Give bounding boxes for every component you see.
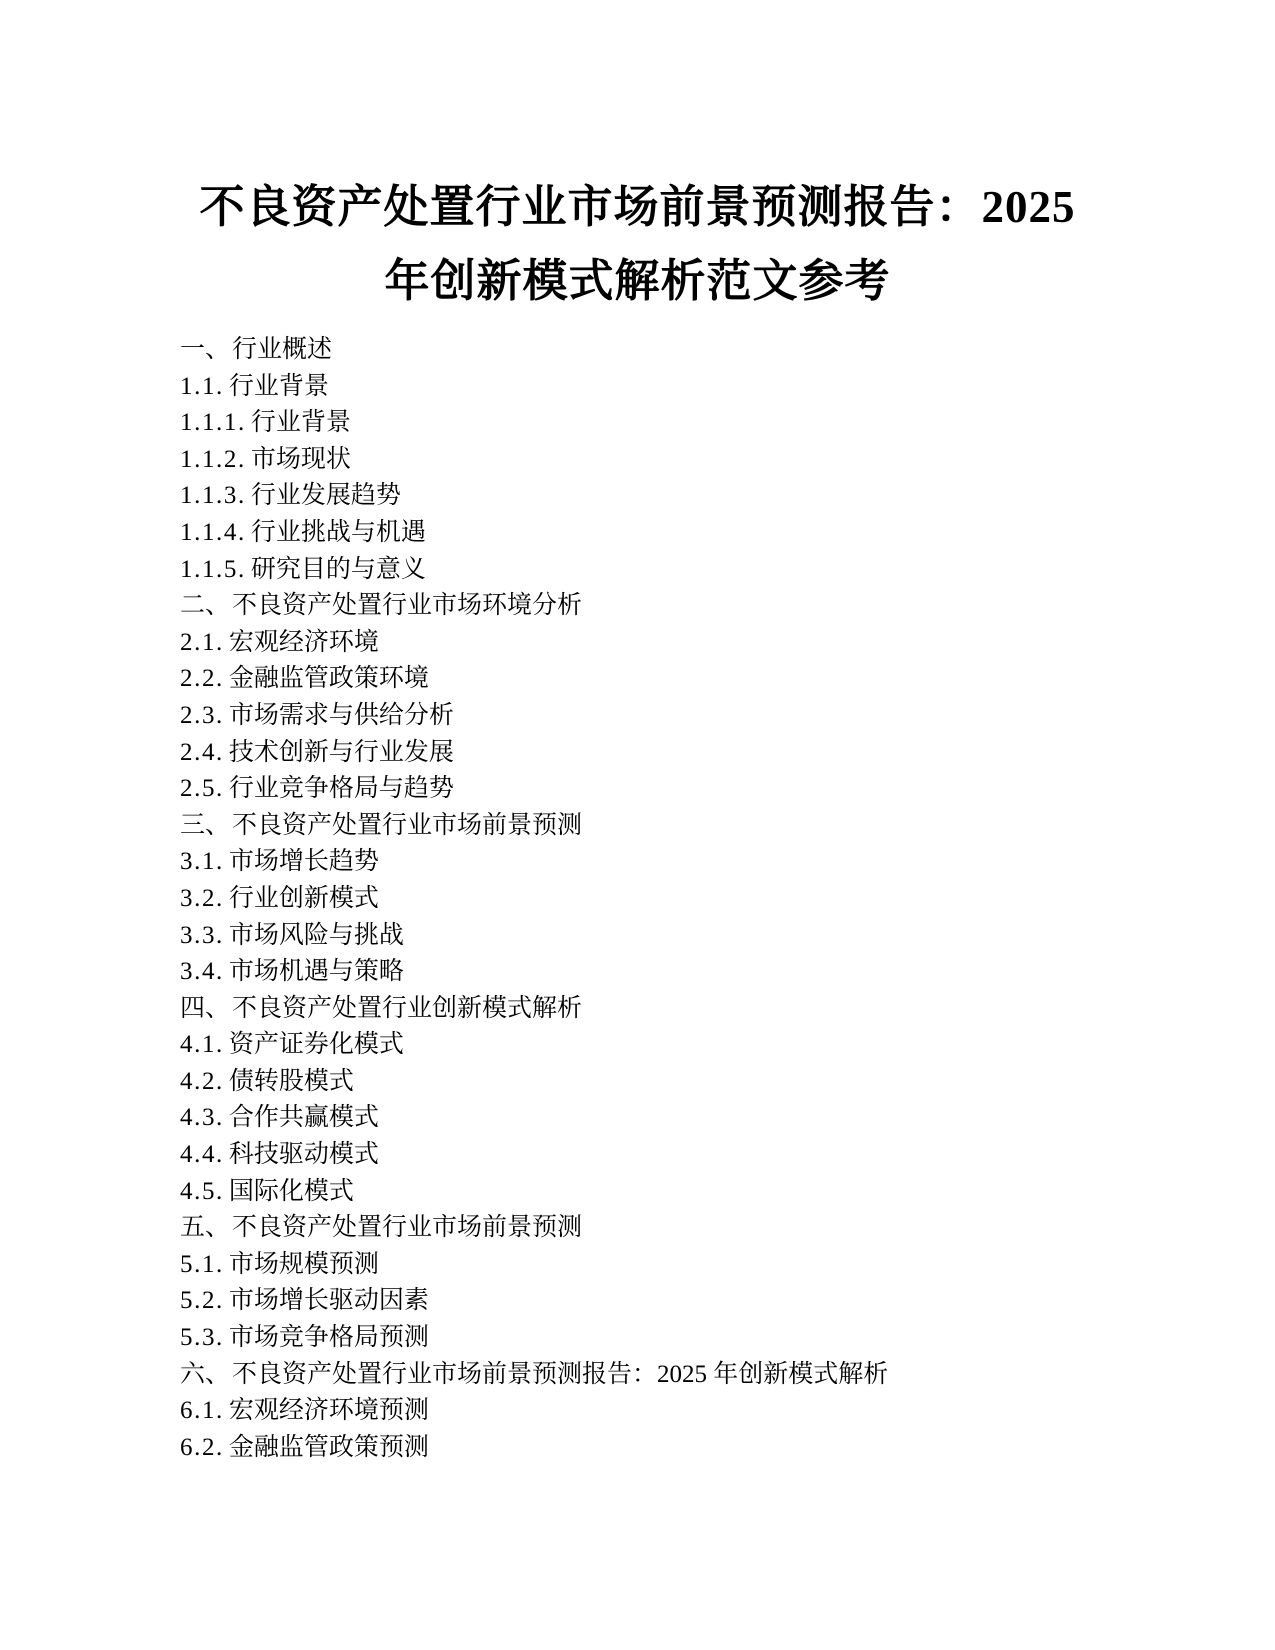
toc-item-number: 四、 xyxy=(180,991,230,1028)
toc-item-number: 一、 xyxy=(180,332,230,369)
toc-item: 1.1.5.研究目的与意义 xyxy=(180,552,1275,589)
page-title-line-2: 年创新模式解析范文参考 xyxy=(108,244,1168,318)
toc-item-label: 行业背景 xyxy=(251,409,351,436)
toc-item: 3.3.市场风险与挑战 xyxy=(180,918,1275,955)
toc-item-number: 三、 xyxy=(180,808,230,845)
toc-item: 1.1.1.行业背景 xyxy=(180,405,1275,442)
toc-item-number: 2.2. xyxy=(180,661,224,698)
toc-item: 6.2.金融监管政策预测 xyxy=(180,1430,1275,1467)
toc-item: 二、不良资产处置行业市场环境分析 xyxy=(180,588,1275,625)
toc-item: 3.1.市场增长趋势 xyxy=(180,844,1275,881)
toc-item-number: 二、 xyxy=(180,588,230,625)
toc-item: 4.4.科技驱动模式 xyxy=(180,1137,1275,1174)
toc-item-label: 市场现状 xyxy=(251,446,351,473)
toc-item: 1.1.行业背景 xyxy=(180,369,1275,406)
toc-item: 一、行业概述 xyxy=(180,332,1275,369)
toc-item-label: 市场竞争格局预测 xyxy=(229,1324,429,1351)
toc-item-number: 2.5. xyxy=(180,771,224,808)
toc-item-number: 5.2. xyxy=(180,1283,224,1320)
page-title: 不良资产处置行业市场前景预测报告：2025 年创新模式解析范文参考 xyxy=(108,170,1168,318)
document-page: 不良资产处置行业市场前景预测报告：2025 年创新模式解析范文参考 一、行业概述… xyxy=(0,0,1275,1650)
toc-item-number: 4.1. xyxy=(180,1027,224,1064)
toc-item-label: 研究目的与意义 xyxy=(251,556,426,583)
toc-item-label: 市场需求与供给分析 xyxy=(229,702,454,729)
toc-item-number: 4.3. xyxy=(180,1100,224,1137)
toc-item-label: 国际化模式 xyxy=(229,1178,354,1205)
toc-item: 2.2.金融监管政策环境 xyxy=(180,661,1275,698)
toc-item-label: 行业竞争格局与趋势 xyxy=(229,775,454,802)
toc-item-label: 不良资产处置行业市场前景预测 xyxy=(232,812,582,839)
toc-item-number: 3.4. xyxy=(180,954,224,991)
toc-item-label: 科技驱动模式 xyxy=(229,1141,379,1168)
toc-item-number: 1.1. xyxy=(180,369,224,406)
toc-item-label: 行业创新模式 xyxy=(229,885,379,912)
toc-item-label: 不良资产处置行业市场前景预测 xyxy=(232,1214,582,1241)
toc-item-number: 1.1.5. xyxy=(180,552,246,589)
toc-item-label: 市场增长驱动因素 xyxy=(229,1287,429,1314)
toc-item-number: 1.1.1. xyxy=(180,405,246,442)
toc-item-number: 1.1.3. xyxy=(180,478,246,515)
toc-item-label: 债转股模式 xyxy=(229,1068,354,1095)
toc-item: 三、不良资产处置行业市场前景预测 xyxy=(180,808,1275,845)
toc-item: 1.1.3.行业发展趋势 xyxy=(180,478,1275,515)
toc-item: 3.4.市场机遇与策略 xyxy=(180,954,1275,991)
toc-item: 5.2.市场增长驱动因素 xyxy=(180,1283,1275,1320)
toc-item: 3.2.行业创新模式 xyxy=(180,881,1275,918)
toc-item-label: 金融监管政策环境 xyxy=(229,665,429,692)
toc-item-label: 行业背景 xyxy=(229,373,329,400)
toc-item: 四、不良资产处置行业创新模式解析 xyxy=(180,991,1275,1028)
toc-item-label: 宏观经济环境 xyxy=(229,629,379,656)
toc-item-number: 6.1. xyxy=(180,1393,224,1430)
toc-item-label: 市场机遇与策略 xyxy=(229,958,404,985)
toc-item-number: 3.3. xyxy=(180,918,224,955)
toc-item: 1.1.2.市场现状 xyxy=(180,442,1275,479)
toc-list: 一、行业概述 1.1.行业背景 1.1.1.行业背景 1.1.2.市场现状 1.… xyxy=(0,332,1275,1466)
toc-item-number: 2.3. xyxy=(180,698,224,735)
toc-item-number: 5.3. xyxy=(180,1320,224,1357)
toc-item: 4.3.合作共赢模式 xyxy=(180,1100,1275,1137)
toc-item-label: 市场增长趋势 xyxy=(229,848,379,875)
toc-item-label: 不良资产处置行业市场环境分析 xyxy=(232,592,582,619)
toc-item-label: 行业概述 xyxy=(232,336,332,363)
toc-item-label: 金融监管政策预测 xyxy=(229,1434,429,1461)
toc-item-label: 合作共赢模式 xyxy=(229,1104,379,1131)
toc-item-number: 六、 xyxy=(180,1357,230,1394)
toc-item-number: 4.5. xyxy=(180,1174,224,1211)
toc-item: 2.3.市场需求与供给分析 xyxy=(180,698,1275,735)
toc-item-number: 5.1. xyxy=(180,1247,224,1284)
toc-item: 1.1.4.行业挑战与机遇 xyxy=(180,515,1275,552)
toc-item-number: 五、 xyxy=(180,1210,230,1247)
toc-item-number: 4.2. xyxy=(180,1064,224,1101)
toc-item-number: 3.1. xyxy=(180,844,224,881)
page-title-line-1: 不良资产处置行业市场前景预测报告：2025 xyxy=(108,170,1168,244)
toc-item: 2.5.行业竞争格局与趋势 xyxy=(180,771,1275,808)
toc-item-number: 4.4. xyxy=(180,1137,224,1174)
toc-item-label: 资产证券化模式 xyxy=(229,1031,404,1058)
toc-item-label: 宏观经济环境预测 xyxy=(229,1397,429,1424)
toc-item-label: 行业挑战与机遇 xyxy=(251,519,426,546)
toc-item-number: 1.1.2. xyxy=(180,442,246,479)
toc-item: 2.1.宏观经济环境 xyxy=(180,625,1275,662)
toc-item-number: 2.4. xyxy=(180,735,224,772)
toc-item: 4.1.资产证券化模式 xyxy=(180,1027,1275,1064)
toc-item-label: 不良资产处置行业创新模式解析 xyxy=(232,995,582,1022)
toc-item: 六、不良资产处置行业市场前景预测报告：2025 年创新模式解析 xyxy=(180,1357,1275,1394)
toc-item: 5.3.市场竞争格局预测 xyxy=(180,1320,1275,1357)
toc-item: 五、不良资产处置行业市场前景预测 xyxy=(180,1210,1275,1247)
toc-item: 5.1.市场规模预测 xyxy=(180,1247,1275,1284)
toc-item: 4.2.债转股模式 xyxy=(180,1064,1275,1101)
toc-item-label: 市场风险与挑战 xyxy=(229,922,404,949)
toc-item-label: 行业发展趋势 xyxy=(251,482,401,509)
toc-item-number: 1.1.4. xyxy=(180,515,246,552)
toc-item-number: 2.1. xyxy=(180,625,224,662)
toc-item: 6.1.宏观经济环境预测 xyxy=(180,1393,1275,1430)
toc-item-number: 3.2. xyxy=(180,881,224,918)
toc-item-label: 不良资产处置行业市场前景预测报告：2025 年创新模式解析 xyxy=(232,1361,888,1388)
toc-item-label: 市场规模预测 xyxy=(229,1251,379,1278)
toc-item-number: 6.2. xyxy=(180,1430,224,1467)
toc-item-label: 技术创新与行业发展 xyxy=(229,739,454,766)
toc-item: 2.4.技术创新与行业发展 xyxy=(180,735,1275,772)
toc-item: 4.5.国际化模式 xyxy=(180,1174,1275,1211)
